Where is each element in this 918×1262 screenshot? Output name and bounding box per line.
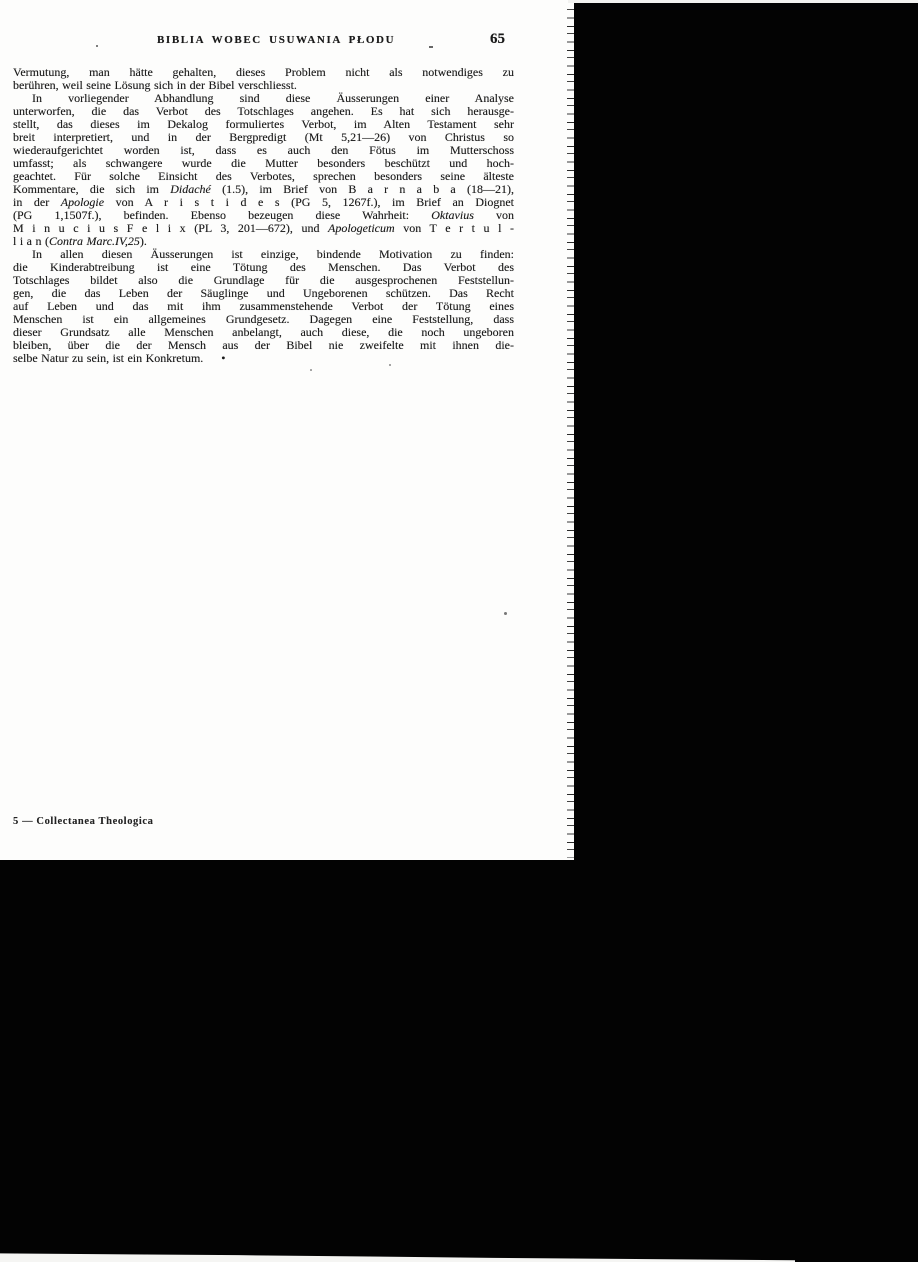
text-line: selbe Natur zu sein, ist ein Konkretum. … (13, 352, 514, 365)
scan-speck (96, 45, 98, 47)
footer-signature: 5 — Collectanea Theologica (13, 816, 154, 827)
scan-speck (389, 364, 391, 366)
document-page: BIBLIA WOBEC USUWANIA PŁODU 65 Vermutung… (0, 0, 574, 860)
running-header-title: BIBLIA WOBEC USUWANIA PŁODU (157, 34, 395, 46)
page-number: 65 (490, 31, 505, 48)
scanned-page-canvas: BIBLIA WOBEC USUWANIA PŁODU 65 Vermutung… (0, 0, 918, 1262)
scan-edge-noise (567, 3, 574, 858)
scan-speck (429, 46, 433, 48)
body-text: Vermutung, man hätte gehalten, dieses Pr… (13, 66, 514, 365)
scan-speck (310, 369, 312, 371)
scan-speck (504, 612, 507, 615)
scan-edge-bottom-sliver (0, 1251, 795, 1262)
scan-edge-top-sliver (568, 0, 918, 3)
